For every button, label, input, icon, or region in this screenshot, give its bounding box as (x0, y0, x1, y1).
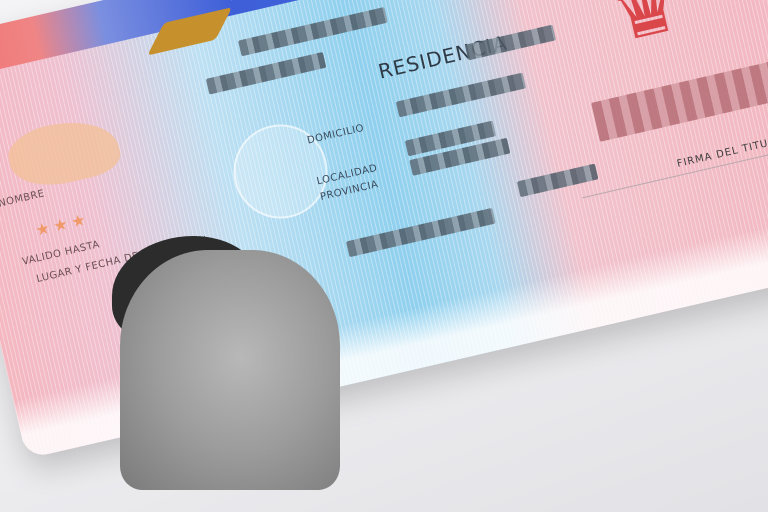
redacted-name (206, 52, 327, 95)
redacted-document-number (346, 208, 496, 257)
label-domicilio: DOMICILIO (306, 123, 365, 147)
holder-photo (120, 250, 340, 490)
redacted-address (396, 73, 526, 118)
coat-of-arms-icon: ♛ (579, 0, 713, 79)
redacted-surname (238, 7, 388, 56)
redacted-signature-start (517, 164, 599, 198)
label-nombre: NOMBRE (0, 188, 46, 209)
bull-emblem-icon (3, 111, 124, 194)
residence-permit-card: PERMISO DE RESIDENCIA ★★★ NOMBRE VALIDO … (0, 0, 768, 459)
stars-icon: ★★★ (33, 209, 91, 240)
redacted-nationality (465, 25, 556, 61)
card-title: PERMISO DE RESIDENCIA (224, 0, 629, 8)
